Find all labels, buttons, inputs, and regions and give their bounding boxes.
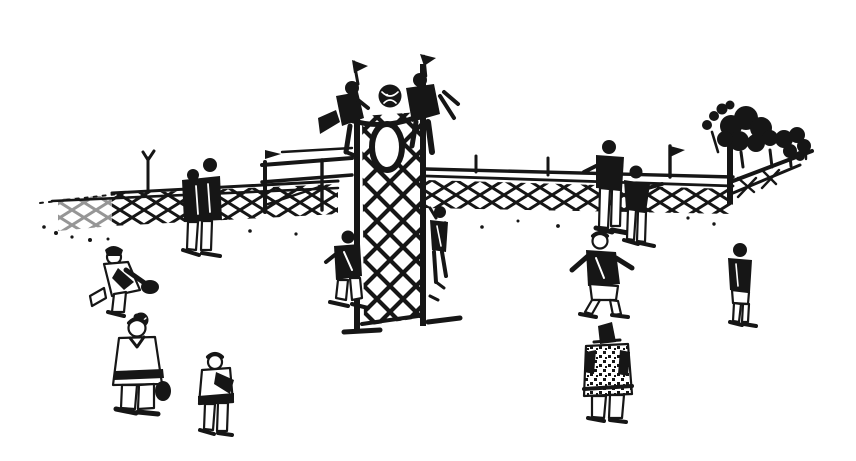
- ready-player: [572, 233, 632, 317]
- illustration-canvas: [0, 0, 856, 461]
- back-view-player: [113, 314, 171, 415]
- fence-spectators-left: [182, 158, 222, 256]
- climber-right: [406, 54, 458, 152]
- goal-opening: [372, 124, 402, 170]
- cuju-illustration: [0, 0, 856, 461]
- post-climber-small: [430, 206, 448, 300]
- climber-left: [318, 60, 368, 156]
- far-right-spectator: [728, 243, 756, 326]
- fence-end-post: [727, 142, 733, 204]
- ground-dots-right: [443, 216, 715, 228]
- fence-flag: [670, 146, 685, 157]
- ball-airborne: [379, 85, 402, 108]
- crouching-player-goal-base: [326, 231, 368, 309]
- small-player: [198, 354, 234, 435]
- right-lattice-fence: [426, 142, 733, 229]
- stand-flag: [265, 150, 281, 162]
- kicking-player: [90, 246, 159, 316]
- robed-spectator: [584, 322, 632, 422]
- fence-post: [143, 151, 154, 192]
